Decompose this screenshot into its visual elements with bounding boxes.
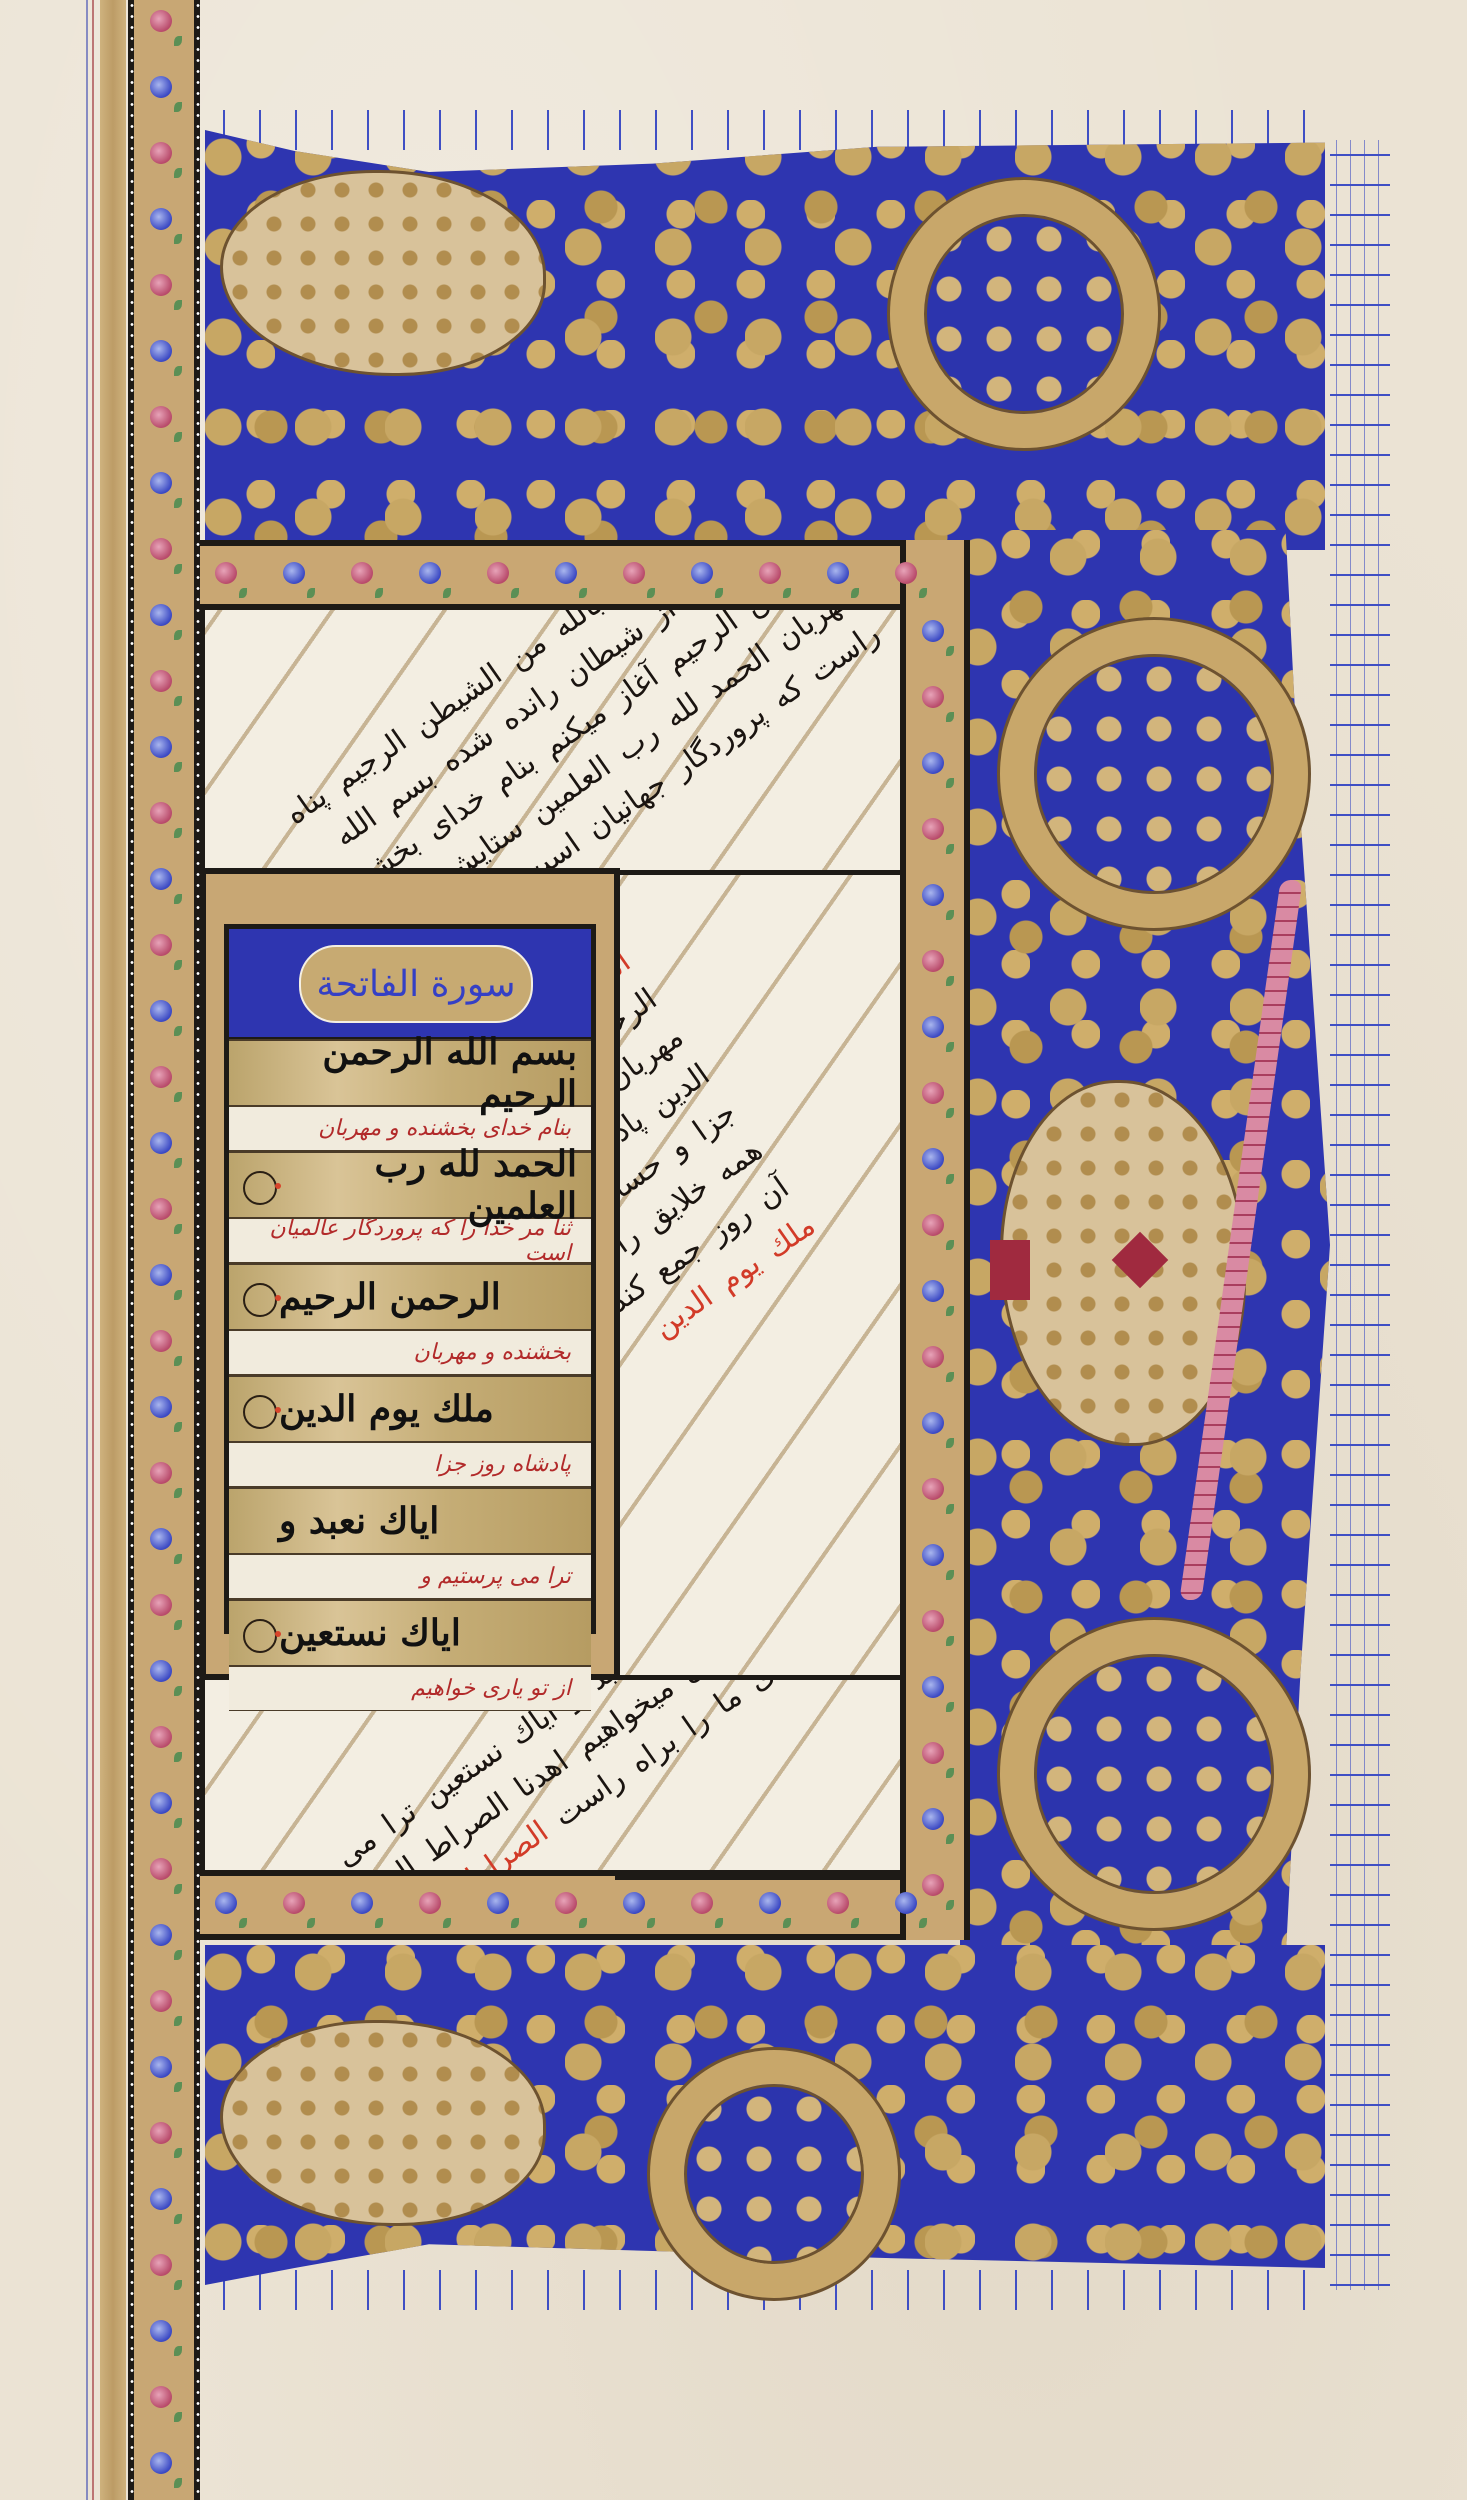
flower-icon (351, 562, 373, 584)
fatiha-inner-frame: سورة الفاتحة بسم الله الرحمن الرحيم بنام… (224, 924, 596, 1634)
verse-row: بسم الله الرحمن الرحيم (229, 1039, 591, 1107)
flower-icon (922, 1280, 944, 1302)
flower-icon (922, 1544, 944, 1566)
top-floral-border (200, 540, 970, 610)
flower-icon (922, 884, 944, 906)
flower-icon (150, 802, 172, 824)
flower-icon (922, 1214, 944, 1236)
flower-icon (922, 818, 944, 840)
flower-icon (827, 562, 849, 584)
flower-icon (150, 604, 172, 626)
flower-icon (487, 562, 509, 584)
flower-icon (922, 686, 944, 708)
surah-title: سورة الفاتحة (299, 945, 533, 1023)
flower-icon (150, 2056, 172, 2078)
verse-row: ملك يوم الدين (229, 1375, 591, 1443)
flower-icon (827, 1892, 849, 1914)
flower-icon (150, 1396, 172, 1418)
flower-icon (215, 1892, 237, 1914)
flower-icon (150, 1462, 172, 1484)
translation-row: از تو یاری خواهیم (229, 1667, 591, 1711)
flower-icon (895, 562, 917, 584)
flower-icon (922, 1082, 944, 1104)
upper-right-scroll (1000, 620, 1308, 928)
flower-icon (487, 1892, 509, 1914)
flower-icon (150, 1264, 172, 1286)
gold-ruling-band (100, 0, 126, 2500)
flower-icon (150, 1726, 172, 1748)
verse-end-marker-icon (243, 1283, 277, 1317)
flower-icon (623, 1892, 645, 1914)
flower-icon (150, 274, 172, 296)
flower-icon (150, 670, 172, 692)
flower-icon (623, 562, 645, 584)
verse-end-marker-icon (243, 1395, 277, 1429)
flower-icon (215, 562, 237, 584)
surah-title-bar: سورة الفاتحة (229, 929, 591, 1042)
translation-row: ترا می پرستیم و (229, 1555, 591, 1599)
flower-icon (150, 934, 172, 956)
flower-icon (150, 2122, 172, 2144)
flower-icon (150, 736, 172, 758)
verse-list: بسم الله الرحمن الرحيم بنام خدای بخشنده … (229, 1039, 591, 1711)
flower-icon (150, 538, 172, 560)
flower-icon (150, 1594, 172, 1616)
top-blue-fringe (205, 110, 1335, 150)
flower-icon (922, 1874, 944, 1896)
flower-icon (150, 1858, 172, 1880)
flower-icon (922, 1412, 944, 1434)
flower-icon (150, 2188, 172, 2210)
flower-icon (150, 76, 172, 98)
flower-icon (555, 1892, 577, 1914)
verse-end-marker-icon (243, 1171, 277, 1205)
flower-icon (922, 1676, 944, 1698)
flower-icon (150, 1000, 172, 1022)
translation-row: بخشنده و مهربان (229, 1331, 591, 1375)
lower-right-scroll (1000, 1620, 1308, 1928)
upper-commentary-panel: اعوذ بالله اعوذ بالله من الشيطن الرجيم پ… (200, 605, 905, 875)
flower-icon (895, 1892, 917, 1914)
verse-row: الرحمن الرحيم (229, 1263, 591, 1331)
flower-icon (922, 1148, 944, 1170)
flower-icon (150, 1990, 172, 2012)
flower-icon (922, 950, 944, 972)
flower-icon (419, 1892, 441, 1914)
verse-row: اياك نعبد و (229, 1487, 591, 1555)
verse-end-marker-icon (243, 1619, 277, 1653)
flower-icon (150, 1066, 172, 1088)
flower-icon (283, 1892, 305, 1914)
flower-icon (150, 208, 172, 230)
flower-icon (419, 562, 441, 584)
flower-icon (922, 1610, 944, 1632)
flower-icon (150, 1132, 172, 1154)
blue-ruling-line (86, 0, 88, 2500)
flower-icon (150, 142, 172, 164)
bottom-scroll-medallion (650, 2050, 898, 2298)
flower-icon (283, 562, 305, 584)
manuscript-page: اعوذ بالله اعوذ بالله من الشيطن الرجيم پ… (0, 0, 1467, 2500)
flower-icon (150, 1924, 172, 1946)
top-scroll-medallion (890, 180, 1158, 448)
flower-icon (922, 1346, 944, 1368)
flower-icon (150, 472, 172, 494)
flower-icon (922, 1478, 944, 1500)
flower-icon (150, 10, 172, 32)
flower-icon (922, 1808, 944, 1830)
flower-icon (150, 1330, 172, 1352)
flower-icon (150, 1528, 172, 1550)
flower-icon (150, 2386, 172, 2408)
verse-row: الحمد لله رب العلمين (229, 1151, 591, 1219)
right-floral-border (900, 540, 970, 1940)
flower-icon (150, 2452, 172, 2474)
flower-icon (150, 868, 172, 890)
flower-icon (922, 752, 944, 774)
flower-icon (922, 1742, 944, 1764)
flower-icon (759, 1892, 781, 1914)
flower-icon (555, 562, 577, 584)
bottom-floral-border (200, 1870, 970, 1940)
flower-icon (922, 1016, 944, 1038)
flower-icon (351, 1892, 373, 1914)
flower-icon (691, 1892, 713, 1914)
flower-icon (759, 562, 781, 584)
flower-icon (150, 1792, 172, 1814)
flower-icon (150, 2254, 172, 2276)
flower-icon (150, 2320, 172, 2342)
flower-icon (150, 1660, 172, 1682)
crimson-accent (990, 1240, 1030, 1300)
flower-icon (150, 406, 172, 428)
translation-row: پادشاه روز جزا (229, 1443, 591, 1487)
flower-icon (922, 620, 944, 642)
right-blue-fringe (1330, 140, 1390, 2290)
flower-icon (150, 1198, 172, 1220)
flower-icon (691, 562, 713, 584)
red-ruling-line (92, 0, 94, 2500)
fatiha-panel: سورة الفاتحة بسم الله الرحمن الرحيم بنام… (200, 868, 620, 1680)
flower-icon (150, 340, 172, 362)
verse-row: اياك نستعين (229, 1599, 591, 1667)
